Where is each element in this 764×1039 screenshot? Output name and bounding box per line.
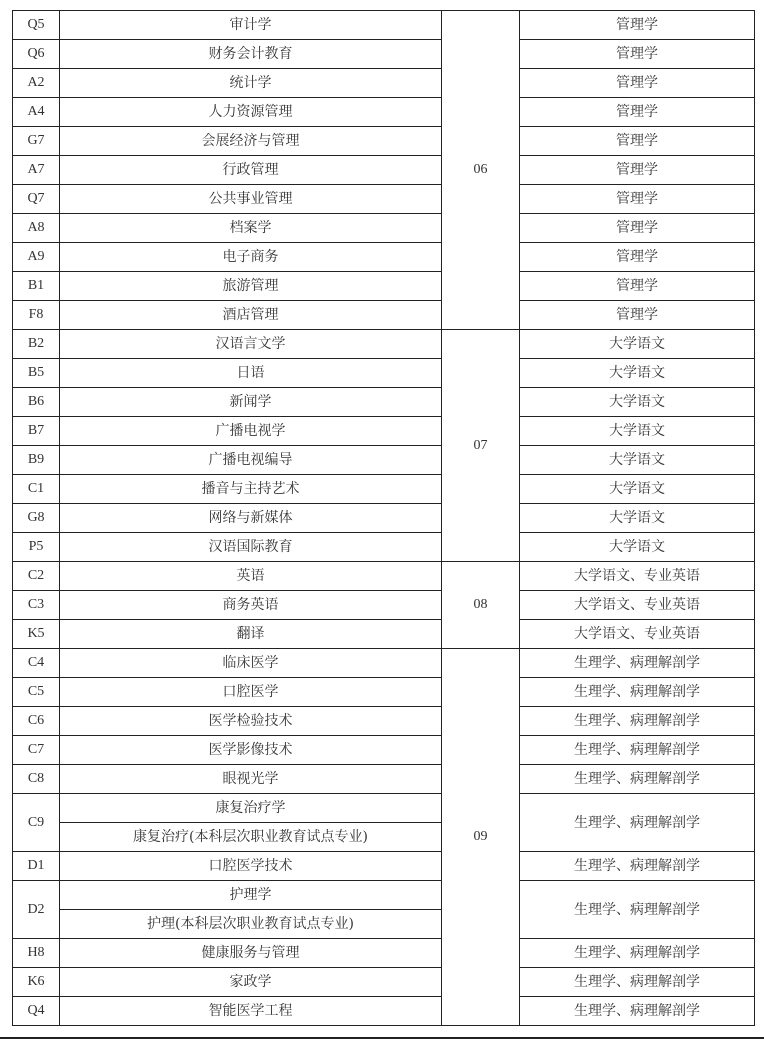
exam-subjects-cell: 生理学、病理解剖学 (520, 736, 755, 765)
major-name-cell: 人力资源管理 (60, 98, 442, 127)
major-name-cell: 汉语国际教育 (60, 533, 442, 562)
major-code-cell: C6 (13, 707, 60, 736)
major-name-cell: 公共事业管理 (60, 185, 442, 214)
major-code-cell: C4 (13, 649, 60, 678)
table-row: D1口腔医学技术生理学、病理解剖学 (13, 852, 755, 881)
major-name-cell: 智能医学工程 (60, 997, 442, 1026)
major-name-cell: 新闻学 (60, 388, 442, 417)
major-code-cell: C1 (13, 475, 60, 504)
exam-subjects-cell: 大学语文 (520, 446, 755, 475)
major-name-cell: 眼视光学 (60, 765, 442, 794)
table-row: Q4智能医学工程生理学、病理解剖学 (13, 997, 755, 1026)
major-name-cell: 播音与主持艺术 (60, 475, 442, 504)
major-code-cell: B7 (13, 417, 60, 446)
major-name-cell: 日语 (60, 359, 442, 388)
exam-subjects-cell: 大学语文 (520, 359, 755, 388)
exam-subjects-cell: 管理学 (520, 156, 755, 185)
major-code-cell: C9 (13, 794, 60, 852)
majors-table-body: Q5审计学06管理学Q6财务会计教育管理学A2统计学管理学A4人力资源管理管理学… (13, 11, 755, 1026)
table-row: H8健康服务与管理生理学、病理解剖学 (13, 939, 755, 968)
major-name-cell: 广播电视编导 (60, 446, 442, 475)
exam-subjects-cell: 生理学、病理解剖学 (520, 794, 755, 852)
exam-subjects-cell: 生理学、病理解剖学 (520, 649, 755, 678)
table-row: C7医学影像技术生理学、病理解剖学 (13, 736, 755, 765)
major-code-cell: C7 (13, 736, 60, 765)
table-row: G7会展经济与管理管理学 (13, 127, 755, 156)
major-code-cell: C5 (13, 678, 60, 707)
major-code-cell: A8 (13, 214, 60, 243)
exam-subjects-cell: 大学语文 (520, 417, 755, 446)
major-name-cell: 电子商务 (60, 243, 442, 272)
exam-subjects-cell: 管理学 (520, 272, 755, 301)
group-code-cell: 09 (442, 649, 520, 1026)
major-name-cell: 医学影像技术 (60, 736, 442, 765)
exam-subjects-cell: 管理学 (520, 185, 755, 214)
major-code-cell: D1 (13, 852, 60, 881)
major-code-cell: A9 (13, 243, 60, 272)
major-name-cell: 医学检验技术 (60, 707, 442, 736)
major-name-cell: 护理学 (60, 881, 442, 910)
exam-subjects-cell: 大学语文、专业英语 (520, 562, 755, 591)
table-row: F8酒店管理管理学 (13, 301, 755, 330)
major-code-cell: Q4 (13, 997, 60, 1026)
major-name-cell: 财务会计教育 (60, 40, 442, 69)
table-row: Q5审计学06管理学 (13, 11, 755, 40)
table-row: G8网络与新媒体大学语文 (13, 504, 755, 533)
table-row: C3商务英语大学语文、专业英语 (13, 591, 755, 620)
major-code-cell: A7 (13, 156, 60, 185)
major-code-cell: B2 (13, 330, 60, 359)
major-code-cell: Q7 (13, 185, 60, 214)
major-code-cell: A2 (13, 69, 60, 98)
major-code-cell: B1 (13, 272, 60, 301)
major-code-cell: K5 (13, 620, 60, 649)
exam-subjects-cell: 大学语文、专业英语 (520, 620, 755, 649)
major-name-cell: 康复治疗学 (60, 794, 442, 823)
table-row: D2护理学生理学、病理解剖学 (13, 881, 755, 910)
exam-subjects-cell: 大学语文 (520, 475, 755, 504)
majors-table: Q5审计学06管理学Q6财务会计教育管理学A2统计学管理学A4人力资源管理管理学… (12, 10, 755, 1026)
major-code-cell: G7 (13, 127, 60, 156)
exam-subjects-cell: 管理学 (520, 243, 755, 272)
table-row: P5汉语国际教育大学语文 (13, 533, 755, 562)
major-name-cell: 统计学 (60, 69, 442, 98)
exam-subjects-cell: 生理学、病理解剖学 (520, 997, 755, 1026)
table-row: Q6财务会计教育管理学 (13, 40, 755, 69)
group-code-cell: 07 (442, 330, 520, 562)
major-code-cell: K6 (13, 968, 60, 997)
major-code-cell: B5 (13, 359, 60, 388)
major-code-cell: B6 (13, 388, 60, 417)
table-row: A4人力资源管理管理学 (13, 98, 755, 127)
major-name-cell: 行政管理 (60, 156, 442, 185)
exam-subjects-cell: 大学语文 (520, 504, 755, 533)
table-row: C6医学检验技术生理学、病理解剖学 (13, 707, 755, 736)
exam-subjects-cell: 生理学、病理解剖学 (520, 939, 755, 968)
table-row: B2汉语言文学07大学语文 (13, 330, 755, 359)
table-row: B9广播电视编导大学语文 (13, 446, 755, 475)
exam-subjects-cell: 生理学、病理解剖学 (520, 765, 755, 794)
major-name-cell: 商务英语 (60, 591, 442, 620)
major-code-cell: P5 (13, 533, 60, 562)
exam-subjects-cell: 生理学、病理解剖学 (520, 968, 755, 997)
exam-subjects-cell: 管理学 (520, 301, 755, 330)
major-name-cell: 广播电视学 (60, 417, 442, 446)
exam-subjects-cell: 大学语文、专业英语 (520, 591, 755, 620)
table-row: A7行政管理管理学 (13, 156, 755, 185)
major-name-cell: 英语 (60, 562, 442, 591)
table-row: C5口腔医学生理学、病理解剖学 (13, 678, 755, 707)
table-row: A9电子商务管理学 (13, 243, 755, 272)
exam-subjects-cell: 生理学、病理解剖学 (520, 852, 755, 881)
major-name-cell: 临床医学 (60, 649, 442, 678)
group-code-cell: 08 (442, 562, 520, 649)
major-name-cell: 护理(本科层次职业教育试点专业) (60, 910, 442, 939)
major-name-cell: 家政学 (60, 968, 442, 997)
major-name-cell: 网络与新媒体 (60, 504, 442, 533)
table-row: B7广播电视学大学语文 (13, 417, 755, 446)
major-code-cell: A4 (13, 98, 60, 127)
major-name-cell: 翻译 (60, 620, 442, 649)
exam-subjects-cell: 生理学、病理解剖学 (520, 678, 755, 707)
major-name-cell: 健康服务与管理 (60, 939, 442, 968)
major-code-cell: B9 (13, 446, 60, 475)
major-name-cell: 会展经济与管理 (60, 127, 442, 156)
group-code-cell: 06 (442, 11, 520, 330)
exam-subjects-cell: 管理学 (520, 40, 755, 69)
exam-subjects-cell: 大学语文 (520, 330, 755, 359)
major-name-cell: 旅游管理 (60, 272, 442, 301)
table-row: K5翻译大学语文、专业英语 (13, 620, 755, 649)
major-name-cell: 汉语言文学 (60, 330, 442, 359)
major-name-cell: 口腔医学技术 (60, 852, 442, 881)
table-row: C8眼视光学生理学、病理解剖学 (13, 765, 755, 794)
table-row: A2统计学管理学 (13, 69, 755, 98)
exam-subjects-cell: 管理学 (520, 214, 755, 243)
major-code-cell: D2 (13, 881, 60, 939)
major-name-cell: 档案学 (60, 214, 442, 243)
major-code-cell: F8 (13, 301, 60, 330)
major-code-cell: C2 (13, 562, 60, 591)
exam-subjects-cell: 大学语文 (520, 388, 755, 417)
exam-subjects-cell: 管理学 (520, 11, 755, 40)
table-row: C2英语08大学语文、专业英语 (13, 562, 755, 591)
table-row: C1播音与主持艺术大学语文 (13, 475, 755, 504)
table-row: C9康复治疗学生理学、病理解剖学 (13, 794, 755, 823)
exam-subjects-cell: 管理学 (520, 127, 755, 156)
table-row: B6新闻学大学语文 (13, 388, 755, 417)
major-name-cell: 酒店管理 (60, 301, 442, 330)
major-name-cell: 康复治疗(本科层次职业教育试点专业) (60, 823, 442, 852)
major-code-cell: C3 (13, 591, 60, 620)
table-row: Q7公共事业管理管理学 (13, 185, 755, 214)
table-row: C4临床医学09生理学、病理解剖学 (13, 649, 755, 678)
major-name-cell: 口腔医学 (60, 678, 442, 707)
major-code-cell: Q5 (13, 11, 60, 40)
exam-subjects-cell: 管理学 (520, 69, 755, 98)
exam-subjects-cell: 生理学、病理解剖学 (520, 881, 755, 939)
major-code-cell: H8 (13, 939, 60, 968)
table-row: B5日语大学语文 (13, 359, 755, 388)
major-code-cell: G8 (13, 504, 60, 533)
table-row: B1旅游管理管理学 (13, 272, 755, 301)
major-code-cell: Q6 (13, 40, 60, 69)
exam-subjects-cell: 管理学 (520, 98, 755, 127)
exam-subjects-cell: 大学语文 (520, 533, 755, 562)
exam-subjects-cell: 生理学、病理解剖学 (520, 707, 755, 736)
table-row: K6家政学生理学、病理解剖学 (13, 968, 755, 997)
table-row: A8档案学管理学 (13, 214, 755, 243)
major-code-cell: C8 (13, 765, 60, 794)
major-name-cell: 审计学 (60, 11, 442, 40)
